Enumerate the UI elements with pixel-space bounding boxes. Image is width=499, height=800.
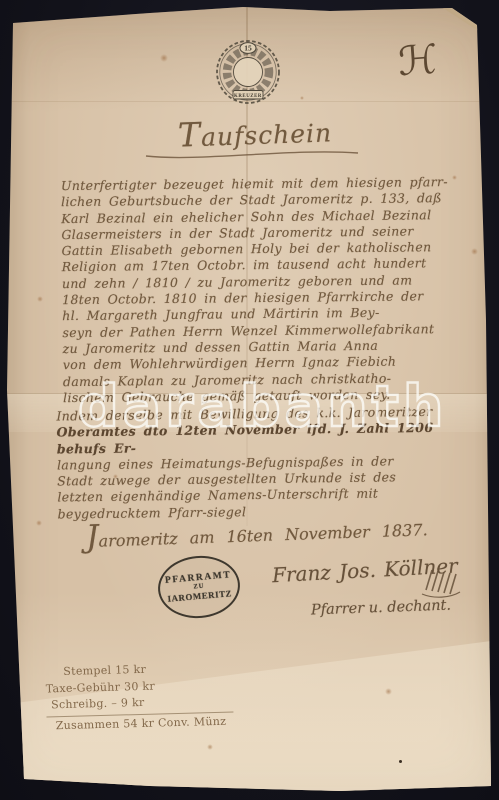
stamp-value: 15 [244,44,252,53]
signature-flourish [420,566,462,598]
ink-speck [399,760,402,763]
fee-notes: Stempel 15 kr Taxe-Gebühr 30 kr Schreibg… [45,660,234,735]
signature-role: Pfarrer u. dechant. [296,597,466,619]
foxing-spot [37,296,43,302]
stamp-center [234,58,263,87]
auction-watermark: darabanth [78,374,448,440]
corner-letter-h: ℋ [396,37,439,86]
foxing-spot [471,248,478,255]
stamp-unit: KREUZER [234,94,262,99]
foxing-spot [300,96,304,100]
folded-corner [443,8,483,34]
fee-line-schreib: Schreibg. – 9 kr [46,693,233,714]
photo-background: 15 KREUZER ℋ Taufschein Unterfertigter b… [0,0,499,800]
foxing-spot [160,54,168,62]
body-paragraph-1: Unterfertigter bezeuget hiemit mit dem h… [61,174,467,406]
foxing-spot [207,744,213,750]
parish-seal: PFARRAMT ZU IAROMERITZ [155,553,242,622]
seal-text-jaromeritz: IAROMERITZ [167,588,232,604]
foxing-spot [36,520,42,526]
title-underline-flourish [140,146,364,162]
foxing-spot [385,688,392,695]
revenue-stamp: 15 KREUZER [215,39,281,105]
